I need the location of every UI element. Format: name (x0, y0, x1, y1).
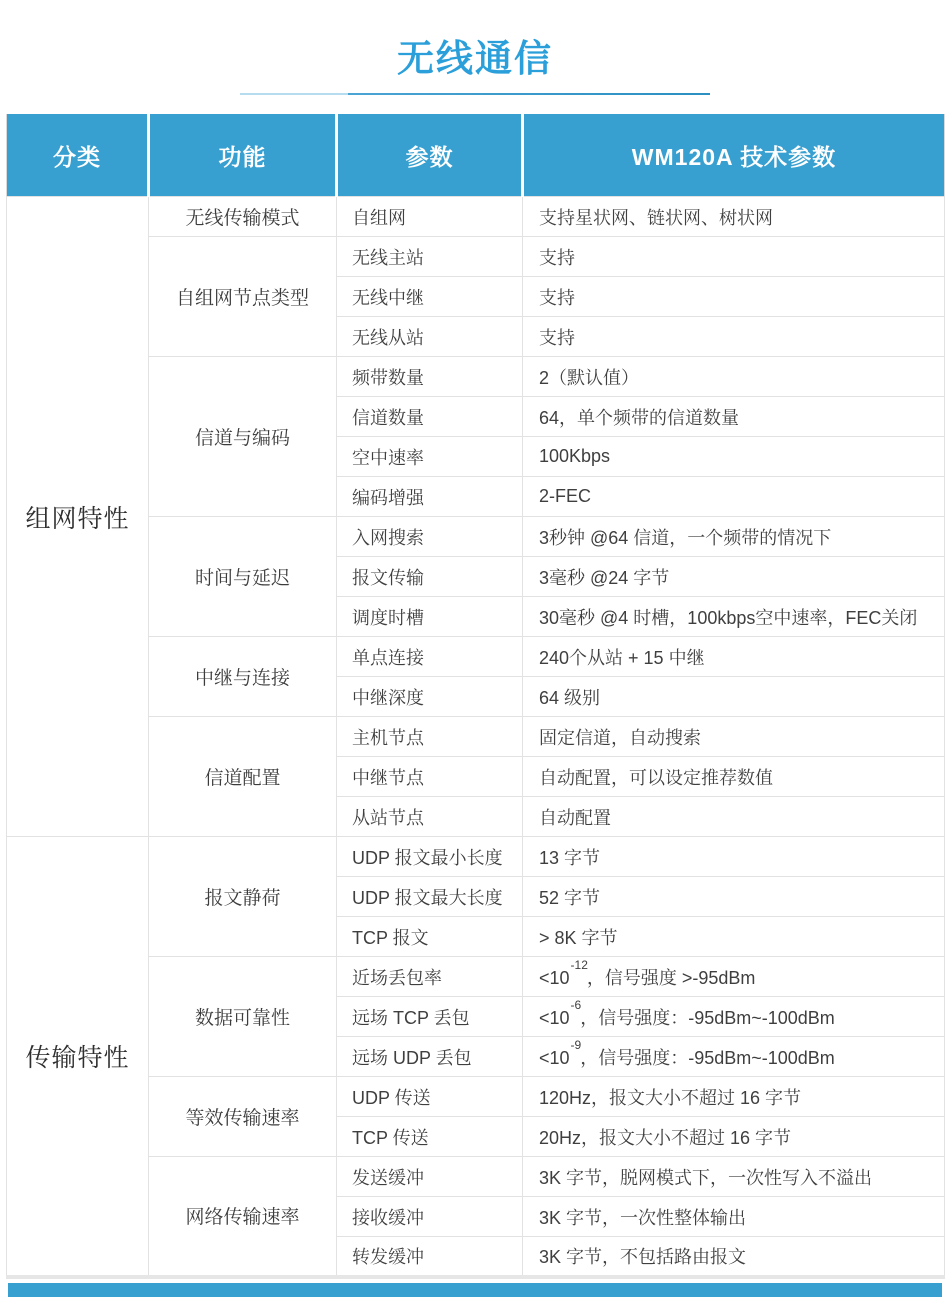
value-cell: 支持 (523, 317, 945, 357)
value-rest: ，信号强度：-95dBm~-100dBm (580, 1008, 835, 1028)
header-category: 分类 (7, 114, 149, 197)
value-cell: 30毫秒 @4 时槽，100kbps空中速率，FEC关闭 (523, 597, 945, 637)
value-cell: 13 字节 (523, 837, 945, 877)
value-superscript: -12 (571, 958, 588, 972)
param-cell: 中继节点 (337, 757, 523, 797)
param-cell: UDP 报文最小长度 (337, 837, 523, 877)
param-cell: 编码增强 (337, 477, 523, 517)
spec-table-header: 分类 功能 参数 WM120A 技术参数 (7, 114, 945, 197)
value-cell: 自动配置，可以设定推荐数值 (523, 757, 945, 797)
function-cell: 等效传输速率 (149, 1077, 337, 1157)
value-cell: <10-9，信号强度：-95dBm~-100dBm (523, 1037, 945, 1077)
value-rest: ，信号强度：-95dBm~-100dBm (580, 1048, 835, 1068)
param-cell: 近场丢包率 (337, 957, 523, 997)
header-parameter: 参数 (337, 114, 523, 197)
function-cell: 时间与延迟 (149, 517, 337, 637)
function-cell: 报文静荷 (149, 837, 337, 957)
value-cell: 3毫秒 @24 字节 (523, 557, 945, 597)
param-cell: 发送缓冲 (337, 1157, 523, 1197)
param-cell: 空中速率 (337, 437, 523, 477)
table-row: 传输特性报文静荷UDP 报文最小长度13 字节 (7, 837, 945, 877)
param-cell: TCP 传送 (337, 1117, 523, 1157)
value-cell: 固定信道，自动搜索 (523, 717, 945, 757)
function-cell: 数据可靠性 (149, 957, 337, 1077)
header-tech-params: WM120A 技术参数 (523, 114, 945, 197)
header-function: 功能 (149, 114, 337, 197)
param-cell: 主机节点 (337, 717, 523, 757)
value-cell: 52 字节 (523, 877, 945, 917)
value-base: <10 (539, 968, 570, 988)
value-cell: 2-FEC (523, 477, 945, 517)
function-cell: 网络传输速率 (149, 1157, 337, 1277)
header-row: 分类 功能 参数 WM120A 技术参数 (7, 114, 945, 197)
value-cell: 支持 (523, 277, 945, 317)
param-cell: 转发缓冲 (337, 1237, 523, 1277)
table-row: 组网特性无线传输模式自组网支持星状网、链状网、树状网 (7, 197, 945, 237)
function-cell: 中继与连接 (149, 637, 337, 717)
param-cell: 单点连接 (337, 637, 523, 677)
value-superscript: -9 (571, 1038, 582, 1052)
function-cell: 信道配置 (149, 717, 337, 837)
page: 无线通信 分类 功能 参数 WM120A 技术参数 组网特性无线传输模式自组网支… (0, 0, 950, 1300)
function-cell: 自组网节点类型 (149, 237, 337, 357)
param-cell: 无线中继 (337, 277, 523, 317)
param-cell: 频带数量 (337, 357, 523, 397)
spec-table: 分类 功能 参数 WM120A 技术参数 组网特性无线传输模式自组网支持星状网、… (6, 114, 945, 1279)
param-cell: 信道数量 (337, 397, 523, 437)
value-cell: 240个从站 + 15 中继 (523, 637, 945, 677)
title-underline (240, 93, 710, 95)
param-cell: UDP 报文最大长度 (337, 877, 523, 917)
value-superscript: -6 (571, 998, 582, 1012)
param-cell: 入网搜索 (337, 517, 523, 557)
value-cell: 100Kbps (523, 437, 945, 477)
param-cell: 远场 TCP 丢包 (337, 997, 523, 1037)
function-cell: 信道与编码 (149, 357, 337, 517)
value-cell: 64 级别 (523, 677, 945, 717)
param-cell: 报文传输 (337, 557, 523, 597)
page-title: 无线通信 (0, 0, 950, 77)
category-cell: 组网特性 (7, 197, 149, 837)
value-cell: 20Hz，报文大小不超过 16 字节 (523, 1117, 945, 1157)
value-cell: 120Hz，报文大小不超过 16 字节 (523, 1077, 945, 1117)
value-base: <10 (539, 1048, 570, 1068)
value-cell: 支持 (523, 237, 945, 277)
value-cell: 3K 字节，不包括路由报文 (523, 1237, 945, 1277)
value-cell: <10-12，信号强度 >-95dBm (523, 957, 945, 997)
param-cell: 远场 UDP 丢包 (337, 1037, 523, 1077)
category-cell: 传输特性 (7, 837, 149, 1277)
function-cell: 无线传输模式 (149, 197, 337, 237)
value-cell: 自动配置 (523, 797, 945, 837)
value-cell: 2（默认值） (523, 357, 945, 397)
value-cell: 3K 字节，一次性整体输出 (523, 1197, 945, 1237)
param-cell: TCP 报文 (337, 917, 523, 957)
value-cell: 64，单个频带的信道数量 (523, 397, 945, 437)
footer-bar (8, 1283, 942, 1297)
value-cell: 3K 字节，脱网模式下，一次性写入不溢出 (523, 1157, 945, 1197)
value-cell: > 8K 字节 (523, 917, 945, 957)
param-cell: 从站节点 (337, 797, 523, 837)
value-cell: 支持星状网、链状网、树状网 (523, 197, 945, 237)
spec-table-body: 组网特性无线传输模式自组网支持星状网、链状网、树状网自组网节点类型无线主站支持无… (7, 197, 945, 1277)
param-cell: 无线主站 (337, 237, 523, 277)
param-cell: 调度时槽 (337, 597, 523, 637)
param-cell: 自组网 (337, 197, 523, 237)
value-rest: ，信号强度 >-95dBm (587, 968, 756, 988)
value-cell: <10-6，信号强度：-95dBm~-100dBm (523, 997, 945, 1037)
param-cell: 接收缓冲 (337, 1197, 523, 1237)
param-cell: 无线从站 (337, 317, 523, 357)
value-cell: 3秒钟 @64 信道，一个频带的情况下 (523, 517, 945, 557)
param-cell: 中继深度 (337, 677, 523, 717)
param-cell: UDP 传送 (337, 1077, 523, 1117)
value-base: <10 (539, 1008, 570, 1028)
